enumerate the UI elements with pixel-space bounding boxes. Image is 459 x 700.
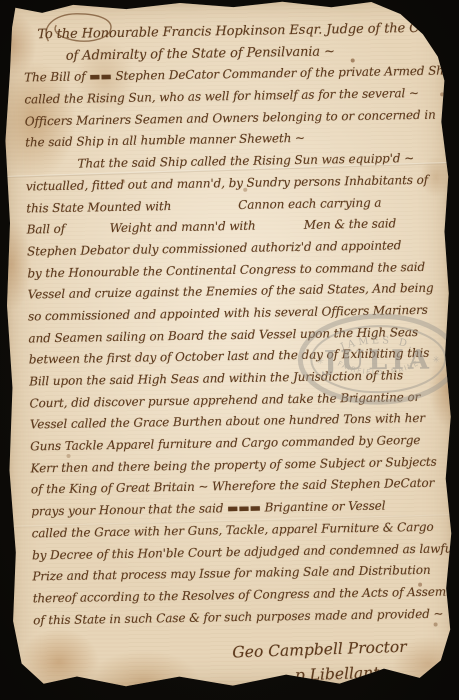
- watermark-ornament-right: ✳: [432, 355, 440, 365]
- auction-watermark: JAMES D. JULIA FAIRFIELD, MAINE ✳ ✳: [294, 310, 459, 408]
- manuscript-paper: To the Honourable Francis Hopkinson Esqr…: [2, 0, 455, 690]
- watermark-ornament-left: ✳: [316, 357, 324, 367]
